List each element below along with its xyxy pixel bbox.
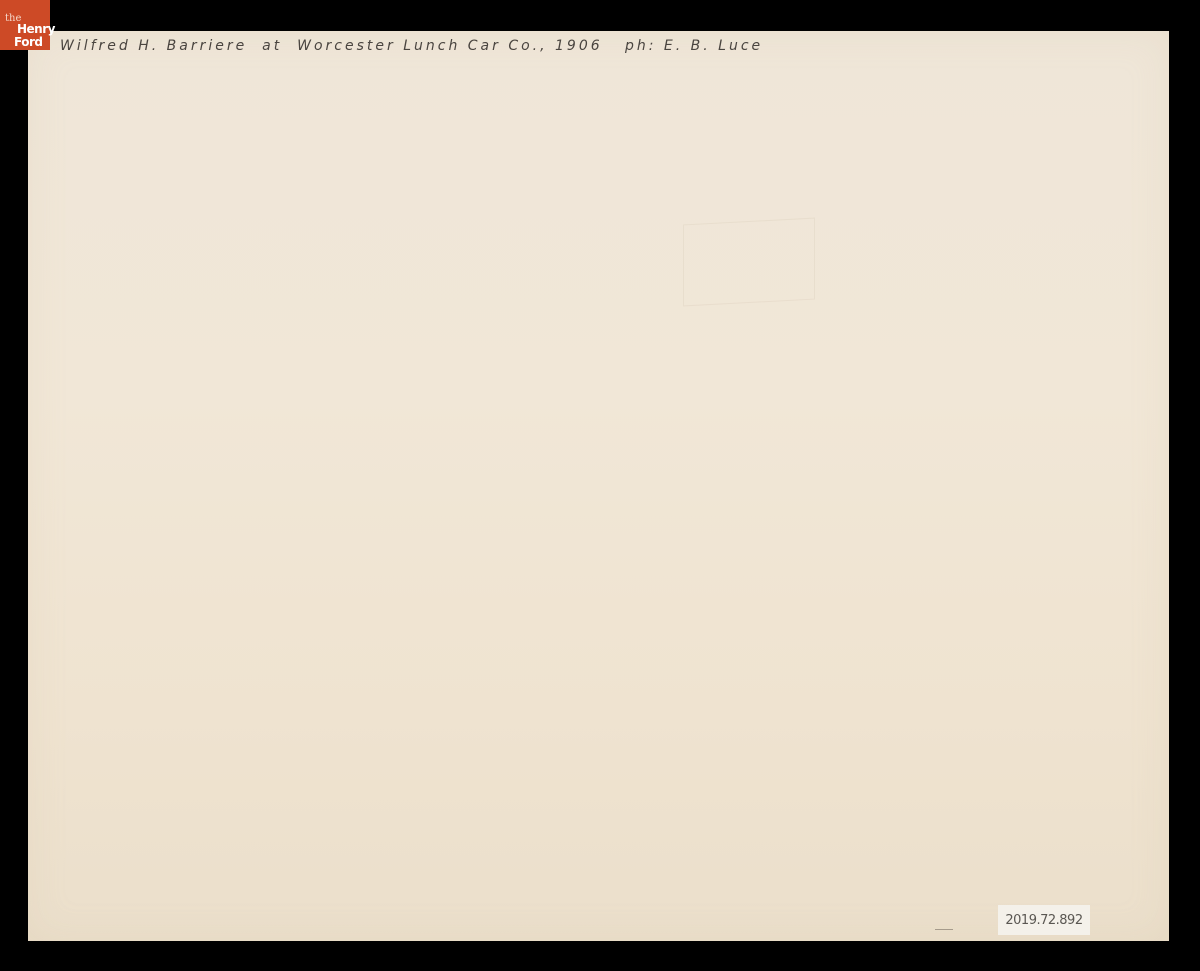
- accession-number-label: 2019.72.892: [998, 905, 1090, 935]
- handwritten-caption: Wilfred H. Barriere at Worcester Lunch C…: [60, 32, 763, 60]
- logo-ford: Ford: [14, 36, 42, 48]
- photograph-back: [28, 31, 1169, 941]
- logo-henry: Henry: [17, 23, 55, 35]
- pencil-mark: [935, 929, 953, 930]
- henry-ford-logo[interactable]: the Henry Ford: [0, 0, 50, 50]
